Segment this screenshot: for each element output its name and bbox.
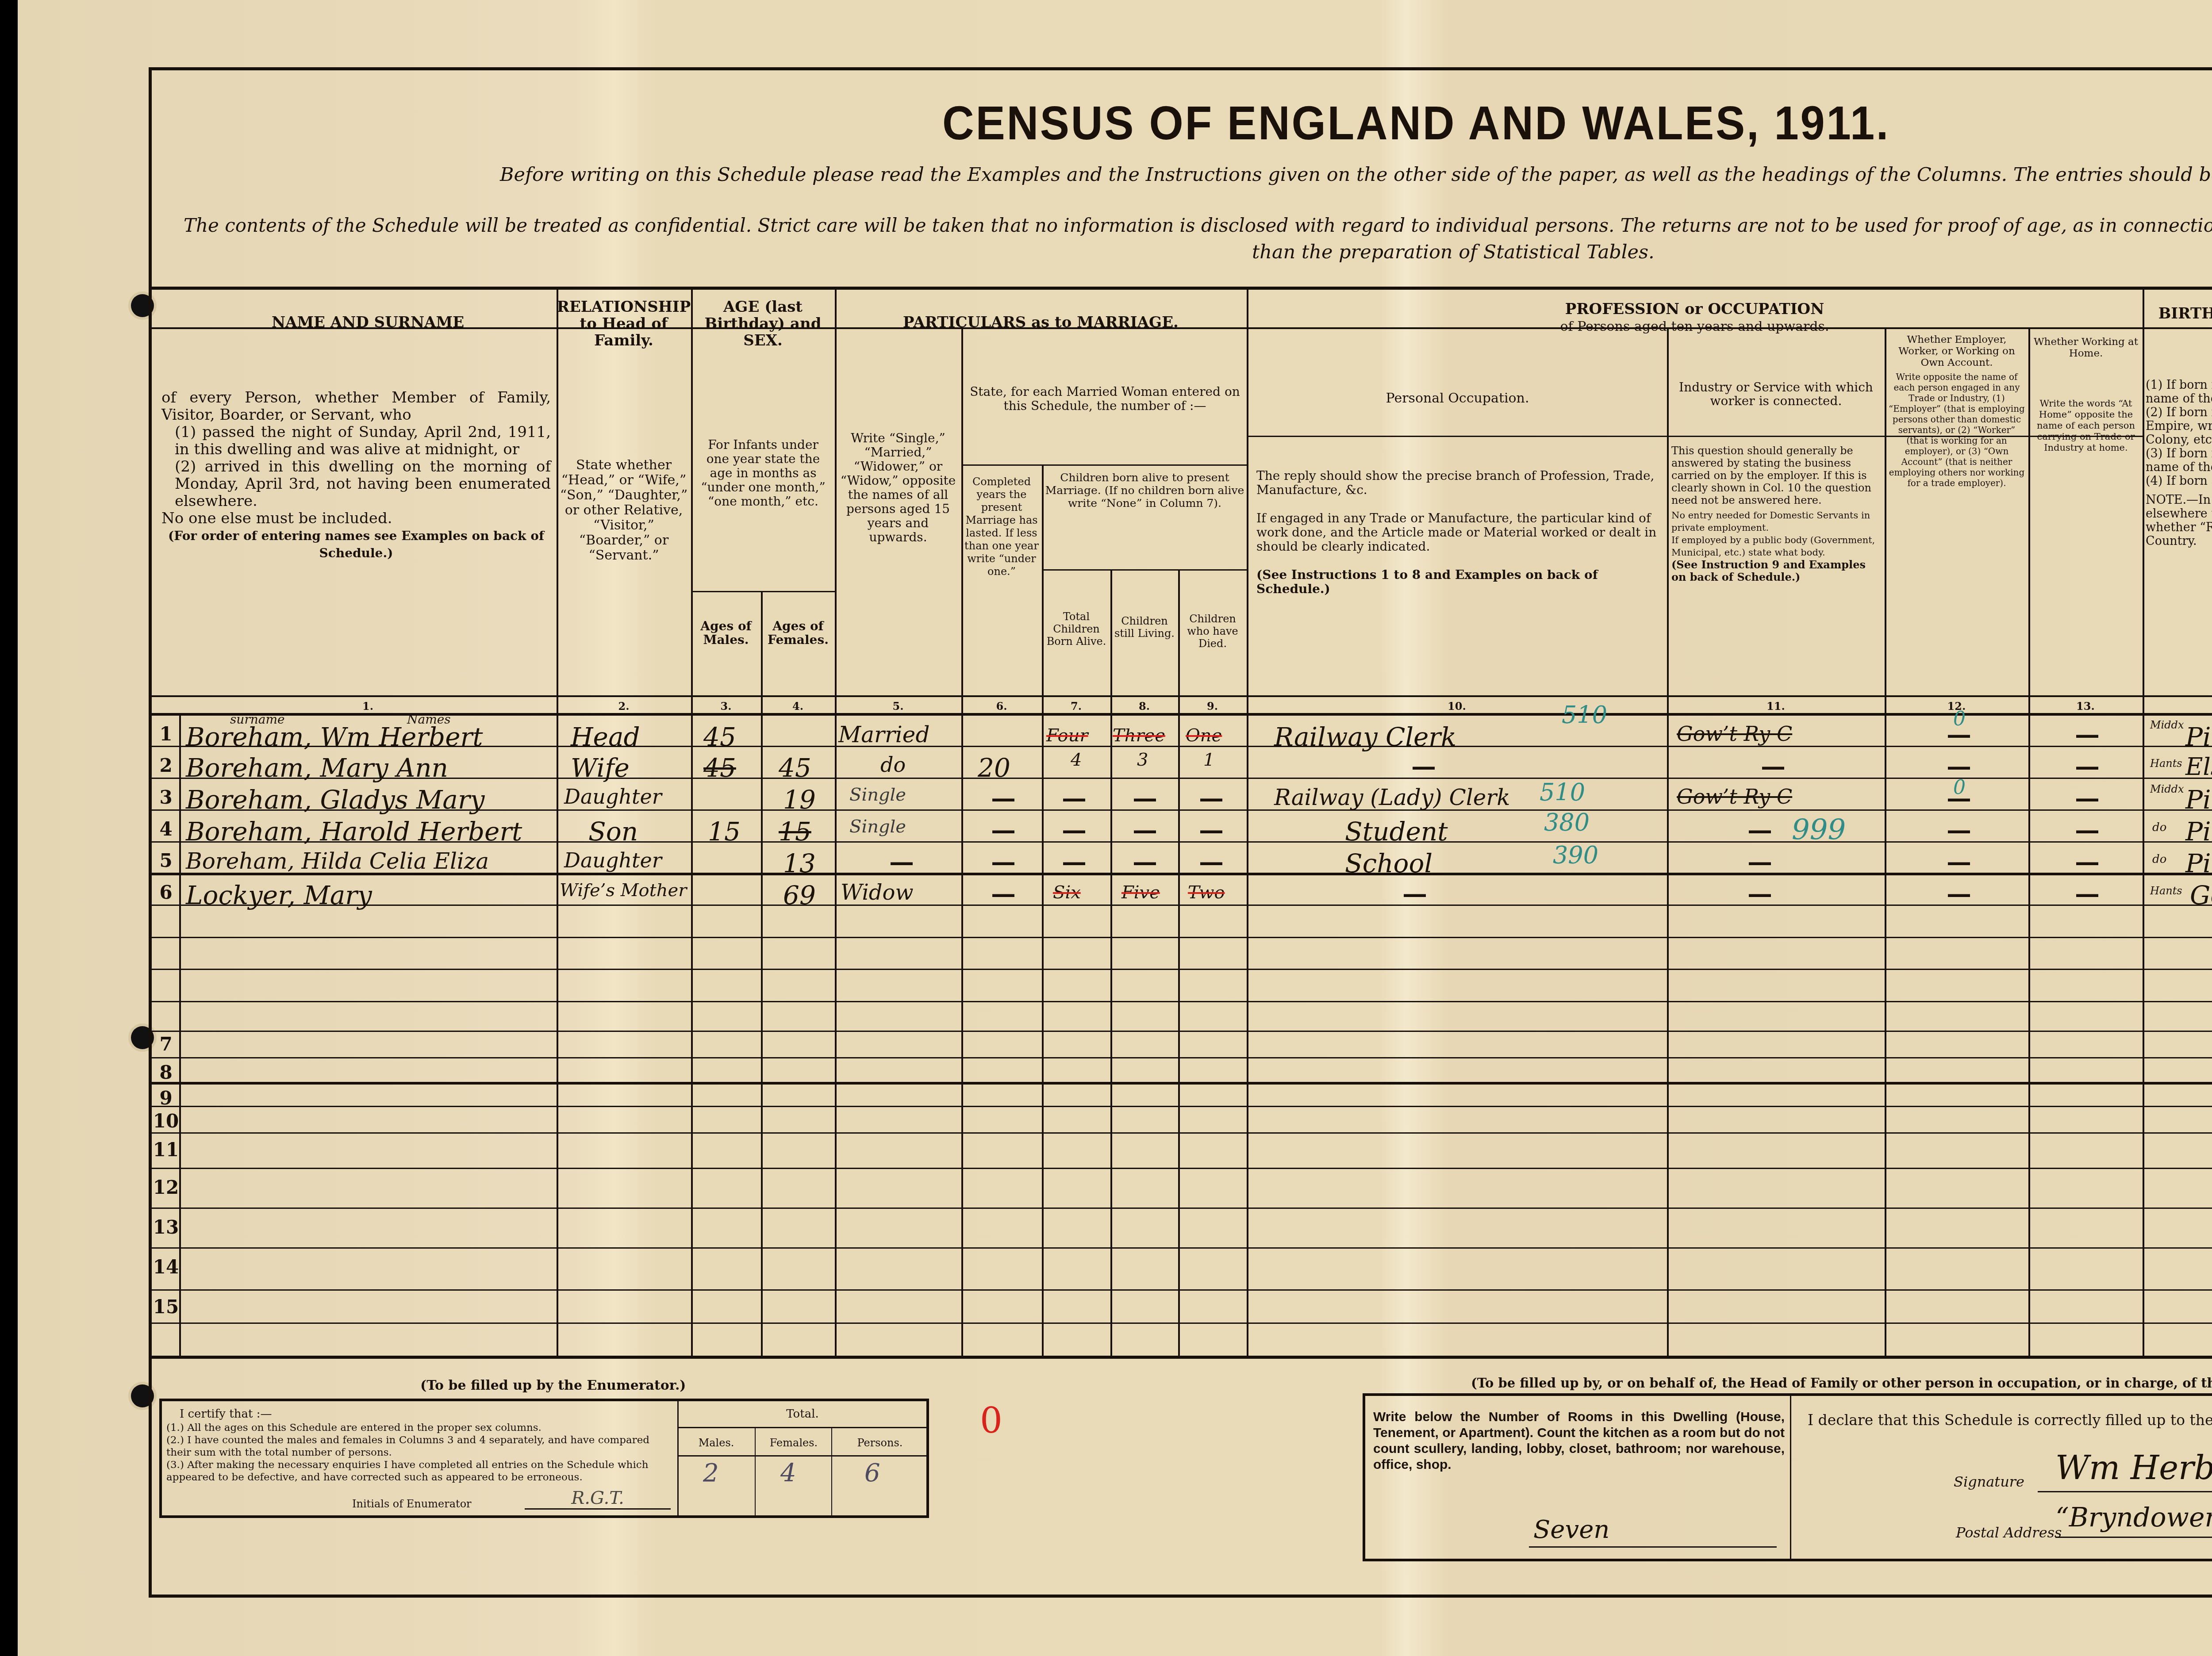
row-number: 7 xyxy=(153,1033,179,1055)
col-divider xyxy=(2143,290,2144,1356)
cell-children-living: — xyxy=(1133,816,1157,845)
initials-label: Initials of Enumerator xyxy=(352,1498,472,1510)
cell-relationship: Son xyxy=(588,816,638,847)
header-bottom-rule xyxy=(149,695,2212,697)
cell-children-died: Two xyxy=(1188,882,1225,903)
cell-children-died: — xyxy=(1199,847,1224,877)
cell-children-died: — xyxy=(1199,816,1224,845)
total-label: Total. xyxy=(679,1407,926,1421)
row-rule xyxy=(149,1001,2212,1002)
row-number: 12 xyxy=(153,1177,179,1198)
cell-female-age: 15 xyxy=(779,816,811,847)
cell-occupation-code: 510 xyxy=(1562,701,1607,729)
cell-total-children: — xyxy=(1062,816,1087,845)
name-desc-3: (2) arrived in this dwelling on the morn… xyxy=(161,458,551,510)
cell-relationship: Daughter xyxy=(564,785,662,809)
cell-at-home: — xyxy=(2075,784,2100,813)
cell-children-living: — xyxy=(1133,784,1157,813)
at-home-description: Write the words “At Home” opposite the n… xyxy=(2030,398,2142,453)
birthplace-desc-1: (1) If born in the United Kingdom, write… xyxy=(2146,378,2212,406)
row-rule xyxy=(149,937,2212,938)
row-number: 9 xyxy=(153,1087,179,1109)
rooms-value: Seven xyxy=(1533,1515,1609,1544)
row-number: 8 xyxy=(153,1062,179,1083)
row-number: 2 xyxy=(153,755,179,776)
cell-birth-county: do xyxy=(2152,853,2166,866)
total-children-label: Total Children Born Alive. xyxy=(1043,610,1110,648)
cell-industry: — xyxy=(1747,879,1772,908)
heading-age: AGE (last Birthday) and SEX. xyxy=(691,299,835,349)
cell-male-age: 45 xyxy=(703,722,736,752)
employer-description: Write opposite the name of each person e… xyxy=(1886,372,2027,488)
cell-children-living: Three xyxy=(1113,725,1165,746)
cell-employer: — xyxy=(1947,816,1971,845)
married-woman-description: State, for each Married Woman entered on… xyxy=(964,385,1245,413)
enumerator-heading: (To be filled up by the Enumerator.) xyxy=(420,1378,686,1393)
heading-occupation-sub: of Persons aged ten years and upwards. xyxy=(1560,319,1829,334)
column-number: 7. xyxy=(1042,700,1110,713)
red-check-mark: 0 xyxy=(980,1400,1002,1441)
head-section-box: Write below the Number of Rooms in this … xyxy=(1363,1393,2212,1561)
col-divider xyxy=(1178,569,1180,1356)
page-title: CENSUS OF ENGLAND AND WALES, 1911. xyxy=(942,95,1890,150)
age-description: For Infants under one year state the age… xyxy=(695,438,832,509)
row-number: 6 xyxy=(153,882,179,903)
cell-relationship: Wife’s Mother xyxy=(560,880,687,901)
cell-at-home: — xyxy=(2075,879,2100,908)
cell-years-married: — xyxy=(991,816,1016,845)
marriage-subrule xyxy=(961,464,1248,466)
cell-name: Boreham, Harold Herbert xyxy=(186,816,522,847)
row-number: 11 xyxy=(153,1139,179,1161)
rooms-panel: Write below the Number of Rooms in this … xyxy=(1365,1396,1791,1559)
cell-years-married: 20 xyxy=(978,753,1010,783)
cell-industry-code: 999 xyxy=(1792,814,1846,847)
cell-female-age: 19 xyxy=(783,785,816,815)
cell-employer: — xyxy=(1947,784,1971,813)
cell-male-age: 15 xyxy=(708,816,741,847)
name-desc-2: (1) passed the night of Sunday, April 2n… xyxy=(161,424,551,458)
cell-female-age: 69 xyxy=(783,880,816,910)
cell-years-married: — xyxy=(991,847,1016,877)
industry-desc-2: No entry needed for Domestic Servants in… xyxy=(1671,509,1882,534)
children-description: Children born alive to present Marriage.… xyxy=(1044,471,1245,510)
cell-female-age: 45 xyxy=(779,753,811,783)
age-subrule xyxy=(691,591,836,592)
birthplace-desc-4: (4) If born at sea, write “At Sea.” xyxy=(2146,474,2212,488)
cell-at-home: — xyxy=(2075,847,2100,877)
cell-years-married: — xyxy=(991,784,1016,813)
row-rule xyxy=(149,1247,2212,1249)
row-rule xyxy=(149,1057,2212,1058)
cell-marital: Single xyxy=(849,785,906,805)
cell-female-age: 13 xyxy=(783,848,816,878)
column-number: 3. xyxy=(691,700,761,713)
name-column-description: of every Person, whether Member of Famil… xyxy=(161,389,551,562)
cell-marital: Single xyxy=(849,816,906,837)
head-section-heading: (To be filled up by, or on behalf of, th… xyxy=(1471,1376,2212,1391)
heading-relationship: RELATIONSHIP to Head of Family. xyxy=(557,299,691,349)
certify-items: (1.) All the ages on this Schedule are e… xyxy=(166,1422,671,1483)
cell-years-married: — xyxy=(991,879,1016,908)
rooms-underline xyxy=(1529,1546,1777,1548)
heading-marriage: PARTICULARS as to MARRIAGE. xyxy=(835,314,1247,331)
row-rule xyxy=(149,1322,2212,1324)
enumerator-box: I certify that :— (1.) All the ages on t… xyxy=(159,1399,929,1518)
certify-item: (3.) After making the necessary enquirie… xyxy=(166,1459,671,1483)
heading-occupation-title: PROFESSION or OCCUPATION xyxy=(1565,300,1824,318)
instruction-line: Before writing on this Schedule please r… xyxy=(500,164,2212,186)
personal-occupation-description: The reply should show the precise branch… xyxy=(1256,469,1659,596)
relationship-description: State whether “Head,” or “Wife,” “Son,” … xyxy=(560,458,688,563)
column-number: 9. xyxy=(1178,700,1247,713)
cell-employer: — xyxy=(1947,879,1971,908)
address-line-1: “Bryndowen,” Waxwell Lane xyxy=(2055,1502,2212,1533)
totals-rule xyxy=(679,1427,926,1428)
cell-industry: Gow’t Ry C xyxy=(1677,785,1792,809)
persons-label: Persons. xyxy=(833,1437,926,1449)
totals-divider xyxy=(831,1428,832,1515)
industry-desc-4: (See Instruction 9 and Examples on back … xyxy=(1671,559,1882,583)
ages-females-label: Ages of Females. xyxy=(763,619,833,647)
cell-relationship: Daughter xyxy=(564,848,662,872)
cell-name: Boreham, Gladys Mary xyxy=(186,785,484,815)
marital-description: Write “Single,” “Married,” “Widower,” or… xyxy=(837,431,959,544)
cell-birth-county: Hants xyxy=(2150,885,2182,897)
column-number: 6. xyxy=(961,700,1042,713)
birthplace-desc-3: (3) If born in a Foreign Country, write … xyxy=(2146,447,2212,474)
cell-occupation-code: 380 xyxy=(1544,809,1590,836)
birthplace-note: NOTE.—In the case of persons born elsewh… xyxy=(2146,493,2212,548)
signature-line xyxy=(2038,1491,2212,1492)
cell-children-living: 3 xyxy=(1137,750,1148,770)
heading-name: NAME AND SURNAME xyxy=(179,314,557,331)
cell-children-died: — xyxy=(1199,784,1224,813)
col-divider xyxy=(1042,464,1044,1356)
table-bottom-rule xyxy=(149,1356,2212,1359)
cell-birthplace: Elson, Gosport xyxy=(2185,753,2212,781)
column-number: 13. xyxy=(2028,700,2143,713)
cell-children-died: One xyxy=(1186,725,1222,746)
occ-desc-2: If engaged in any Trade or Manufacture, … xyxy=(1256,511,1659,554)
females-label: Females. xyxy=(756,1437,831,1449)
birthplace-desc-2: (2) If born in any other part of the Bri… xyxy=(2146,406,2212,447)
cell-relationship: Head xyxy=(571,722,640,752)
cell-occupation: Railway (Lady) Clerk xyxy=(1274,785,1510,810)
cell-industry: — xyxy=(1747,847,1772,877)
name-desc-4: No one else must be included. xyxy=(161,510,551,527)
confidential-line-2: than the preparation of Statistical Tabl… xyxy=(1252,241,1655,263)
personal-occupation-title: Personal Occupation. xyxy=(1248,391,1667,405)
cell-marital: Married xyxy=(838,722,929,747)
cell-occupation-code: 390 xyxy=(1553,841,1598,869)
cell-industry: — xyxy=(1761,752,1786,781)
cell-occupation: School xyxy=(1345,848,1432,878)
row-rule xyxy=(149,969,2212,970)
cell-birthplace: Pinner xyxy=(2185,722,2212,752)
cell-birth-county: Middx xyxy=(2150,719,2184,731)
totals-rule xyxy=(679,1455,926,1457)
address-line xyxy=(2055,1537,2212,1538)
cell-marital: Widow xyxy=(841,880,914,905)
cell-total-children: — xyxy=(1062,784,1087,813)
children-died-label: Children who have Died. xyxy=(1179,613,1246,650)
cell-industry: — xyxy=(1747,816,1772,845)
cell-name: Boreham, Hilda Celia Eliza xyxy=(186,848,489,874)
cell-birthplace: Pinner xyxy=(2185,848,2212,878)
row-rule xyxy=(149,905,2212,906)
cell-name: Lockyer, Mary xyxy=(186,880,372,910)
cell-occupation-code: 510 xyxy=(1540,778,1585,806)
cell-at-home: — xyxy=(2075,720,2100,749)
row-rule xyxy=(149,1289,2212,1291)
row-number: 3 xyxy=(153,786,179,808)
males-label: Males. xyxy=(679,1437,754,1449)
col-divider xyxy=(835,290,837,1356)
row-number: 4 xyxy=(153,818,179,840)
cell-occupation: — xyxy=(1411,752,1436,781)
cell-birthplace: Pinner xyxy=(2185,816,2212,847)
name-desc-5: (For order of entering names see Example… xyxy=(161,527,551,562)
cell-total-children: Four xyxy=(1046,725,1088,746)
cell-total-children: — xyxy=(1062,847,1087,877)
occ-desc-1: The reply should show the precise branch… xyxy=(1256,469,1659,497)
cell-at-home: — xyxy=(2075,752,2100,781)
initials-value: R.G.T. xyxy=(525,1488,671,1510)
totals-divider xyxy=(755,1428,756,1515)
row-rule xyxy=(149,1082,2212,1085)
males-total: 2 xyxy=(703,1459,719,1487)
col-divider xyxy=(691,290,693,1356)
cell-name: Boreham, Wm Herbert xyxy=(186,722,483,752)
column-number: 8. xyxy=(1110,700,1178,713)
rooms-instruction: Write below the Number of Rooms in this … xyxy=(1373,1409,1785,1473)
column-number: 1. xyxy=(179,700,557,713)
col-divider xyxy=(1110,569,1112,1356)
cell-birth-county: do xyxy=(2152,821,2166,834)
cell-birthplace: Gosport xyxy=(2190,880,2212,910)
row-rule xyxy=(149,778,2212,779)
cell-occupation: Student xyxy=(1345,816,1448,847)
signature-value: Wm Herbert Boreham xyxy=(2055,1449,2212,1487)
years-married-description: Completed years the present Marriage has… xyxy=(963,475,1041,578)
cell-total-children: Six xyxy=(1053,882,1081,903)
row-rule xyxy=(149,1168,2212,1169)
col-divider xyxy=(557,290,558,1356)
females-total: 4 xyxy=(780,1459,796,1487)
cell-employer: — xyxy=(1947,720,1971,749)
persons-total: 6 xyxy=(864,1459,880,1487)
children-living-label: Children still Living. xyxy=(1112,615,1177,640)
column-number: 11. xyxy=(1667,700,1885,713)
col-divider xyxy=(1247,290,1248,1356)
cell-occupation: Railway Clerk xyxy=(1274,722,1456,752)
row-number: 15 xyxy=(153,1296,179,1318)
cell-marital: do xyxy=(880,753,906,777)
column-number: 2. xyxy=(557,700,691,713)
cell-children-living: — xyxy=(1133,847,1157,877)
confidential-line: The contents of the Schedule will be tre… xyxy=(184,215,2212,236)
name-desc-1: of every Person, whether Member of Famil… xyxy=(161,389,551,424)
cell-children-living: Five xyxy=(1121,882,1160,903)
totals-panel: Total. Males. Females. Persons. 2 4 6 xyxy=(679,1401,926,1515)
cell-children-died: 1 xyxy=(1203,750,1214,770)
row-rule xyxy=(149,1207,2212,1209)
at-home-title: Whether Working at Home. xyxy=(2030,336,2142,359)
children-subrule xyxy=(1042,569,1248,571)
row-rule xyxy=(149,1031,2212,1032)
cell-birth-county: Hants xyxy=(2150,757,2182,770)
cell-birthplace: Pinner xyxy=(2185,785,2212,815)
industry-desc-1: This question should generally be answer… xyxy=(1671,445,1882,506)
industry-description: This question should generally be answer… xyxy=(1671,445,1882,583)
row-number: 14 xyxy=(153,1256,179,1278)
certify-item: (1.) All the ages on this Schedule are e… xyxy=(166,1422,671,1434)
column-number: 4. xyxy=(761,700,835,713)
cell-industry: Gow’t Ry C xyxy=(1677,722,1792,746)
certification-panel: I certify that :— (1.) All the ages on t… xyxy=(162,1401,679,1515)
column-number: 5. xyxy=(835,700,961,713)
row-rule xyxy=(149,1106,2212,1107)
cell-marital: — xyxy=(889,847,914,877)
employer-title: Whether Employer, Worker, or Working on … xyxy=(1886,334,2027,368)
cell-birth-county: Middx xyxy=(2150,783,2184,795)
address-label: Postal Address xyxy=(1956,1524,2062,1541)
certify-item: (2.) I have counted the males and female… xyxy=(166,1434,671,1459)
heading-birthplace: BIRTHPLACE of every person. xyxy=(2143,305,2212,322)
cell-employer: — xyxy=(1947,847,1971,877)
row-number: 10 xyxy=(153,1110,179,1132)
row-rule xyxy=(149,1132,2212,1134)
occ-desc-3: (See Instructions 1 to 8 and Examples on… xyxy=(1256,568,1659,596)
cell-name: Boreham, Mary Ann xyxy=(186,753,448,783)
cell-occupation: — xyxy=(1402,879,1427,908)
cell-male-age: 45 xyxy=(703,753,736,783)
ages-males-label: Ages of Males. xyxy=(693,619,759,647)
cell-total-children: 4 xyxy=(1071,750,1082,770)
industry-desc-3: If employed by a public body (Government… xyxy=(1671,534,1882,559)
cell-at-home: — xyxy=(2075,816,2100,845)
birthplace-description: (1) If born in the United Kingdom, write… xyxy=(2146,378,2212,548)
cell-relationship: Wife xyxy=(571,753,630,783)
table-top-rule xyxy=(149,287,2212,290)
heading-occupation: PROFESSION or OCCUPATION of Persons aged… xyxy=(1247,301,2143,335)
column-number: 14. xyxy=(2143,700,2212,713)
declaration-text: I declare that this Schedule is correctl… xyxy=(1808,1411,2212,1429)
industry-title: Industry or Service with which worker is… xyxy=(1669,380,1883,408)
row-number: 1 xyxy=(153,723,179,745)
row-number: 5 xyxy=(153,850,179,871)
certify-label: I certify that :— xyxy=(180,1407,272,1421)
colnum-rule xyxy=(149,713,2212,716)
signature-label: Signature xyxy=(1954,1473,2024,1490)
row-number: 13 xyxy=(153,1216,179,1238)
